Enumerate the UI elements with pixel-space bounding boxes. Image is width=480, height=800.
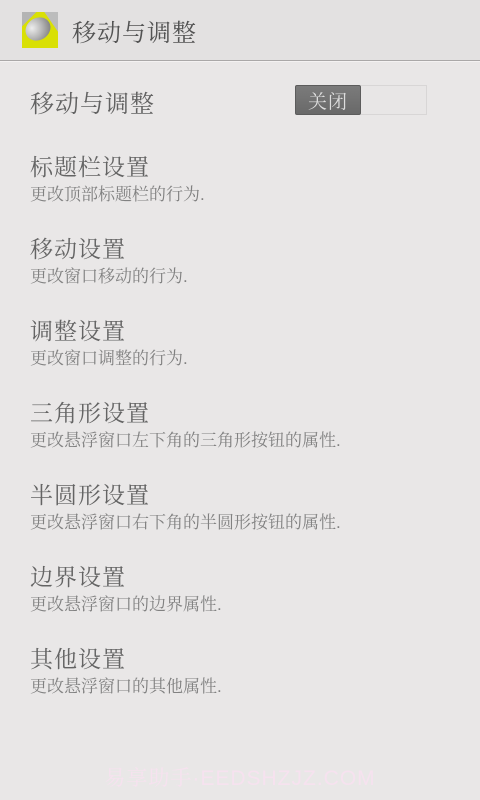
- settings-item-semicircle[interactable]: 半圆形设置 更改悬浮窗口右下角的半圆形按钮的属性.: [0, 481, 480, 563]
- app-screen: 移动与调整 移动与调整 关闭 标题栏设置 更改顶部标题栏的行为. 移动设置 更改…: [0, 0, 480, 800]
- settings-item-other[interactable]: 其他设置 更改悬浮窗口的其他属性.: [0, 645, 480, 727]
- settings-item-titlebar[interactable]: 标题栏设置 更改顶部标题栏的行为.: [0, 153, 480, 235]
- settings-item-subtitle: 更改窗口移动的行为.: [30, 264, 480, 289]
- settings-item-subtitle: 更改窗口调整的行为.: [30, 346, 480, 371]
- settings-item-border[interactable]: 边界设置 更改悬浮窗口的边界属性.: [0, 563, 480, 645]
- settings-item-title: 移动设置: [30, 235, 480, 264]
- settings-item-triangle[interactable]: 三角形设置 更改悬浮窗口左下角的三角形按钮的属性.: [0, 399, 480, 481]
- settings-item-subtitle: 更改悬浮窗口右下角的半圆形按钮的属性.: [30, 510, 480, 535]
- settings-item-subtitle: 更改悬浮窗口的其他属性.: [30, 674, 480, 699]
- master-toggle-row[interactable]: 移动与调整 关闭: [0, 72, 480, 128]
- master-toggle-label: 移动与调整: [30, 84, 155, 119]
- settings-item-title: 边界设置: [30, 563, 480, 592]
- settings-item-title: 三角形设置: [30, 399, 480, 428]
- settings-item-subtitle: 更改悬浮窗口的边界属性.: [30, 592, 480, 617]
- page-title: 移动与调整: [72, 13, 197, 48]
- header-divider: [0, 60, 480, 63]
- settings-item-subtitle: 更改悬浮窗口左下角的三角形按钮的属性.: [30, 428, 480, 453]
- settings-item-title: 其他设置: [30, 645, 480, 674]
- settings-item-move[interactable]: 移动设置 更改窗口移动的行为.: [0, 235, 480, 317]
- settings-list: 标题栏设置 更改顶部标题栏的行为. 移动设置 更改窗口移动的行为. 调整设置 更…: [0, 153, 480, 727]
- app-icon: [22, 12, 58, 48]
- toggle-thumb[interactable]: 关闭: [295, 85, 361, 115]
- settings-item-resize[interactable]: 调整设置 更改窗口调整的行为.: [0, 317, 480, 399]
- settings-item-title: 调整设置: [30, 317, 480, 346]
- settings-item-title: 半圆形设置: [30, 481, 480, 510]
- action-bar: 移动与调整: [0, 0, 480, 60]
- toggle-track[interactable]: [361, 85, 427, 115]
- settings-item-title: 标题栏设置: [30, 153, 480, 182]
- settings-item-subtitle: 更改顶部标题栏的行为.: [30, 182, 480, 207]
- master-toggle-switch[interactable]: 关闭: [295, 85, 427, 115]
- watermark-text: 易享助手·EEDSHZJZ.COM: [0, 762, 480, 792]
